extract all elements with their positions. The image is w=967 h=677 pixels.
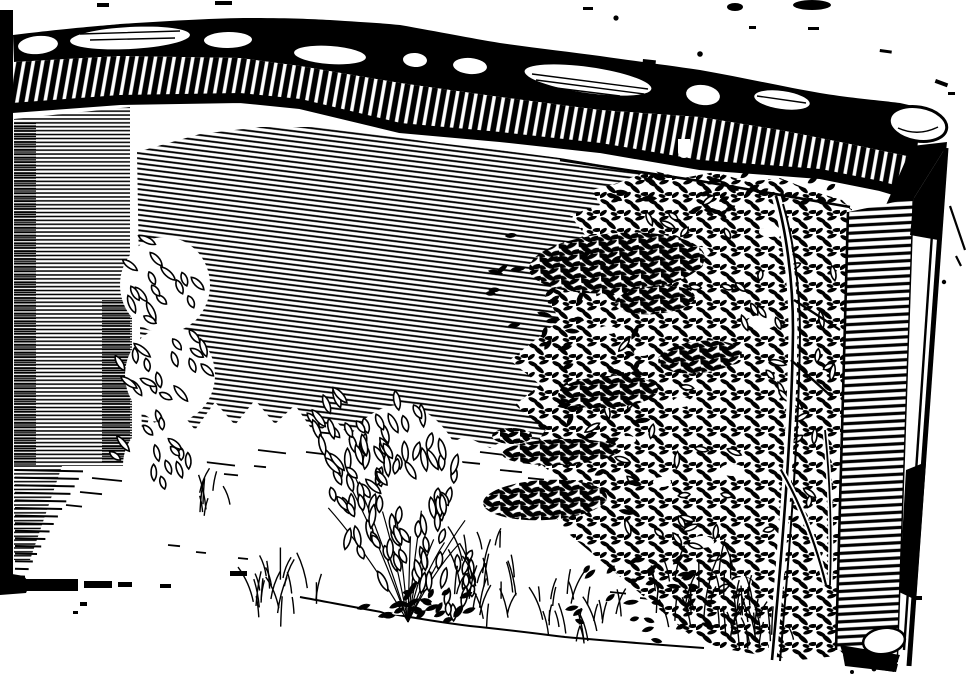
scanned-engraving: Wood-engraved book illustration: a recta…	[0, 0, 967, 677]
engraving-illustration	[0, 0, 967, 677]
molding-defect	[678, 139, 690, 158]
